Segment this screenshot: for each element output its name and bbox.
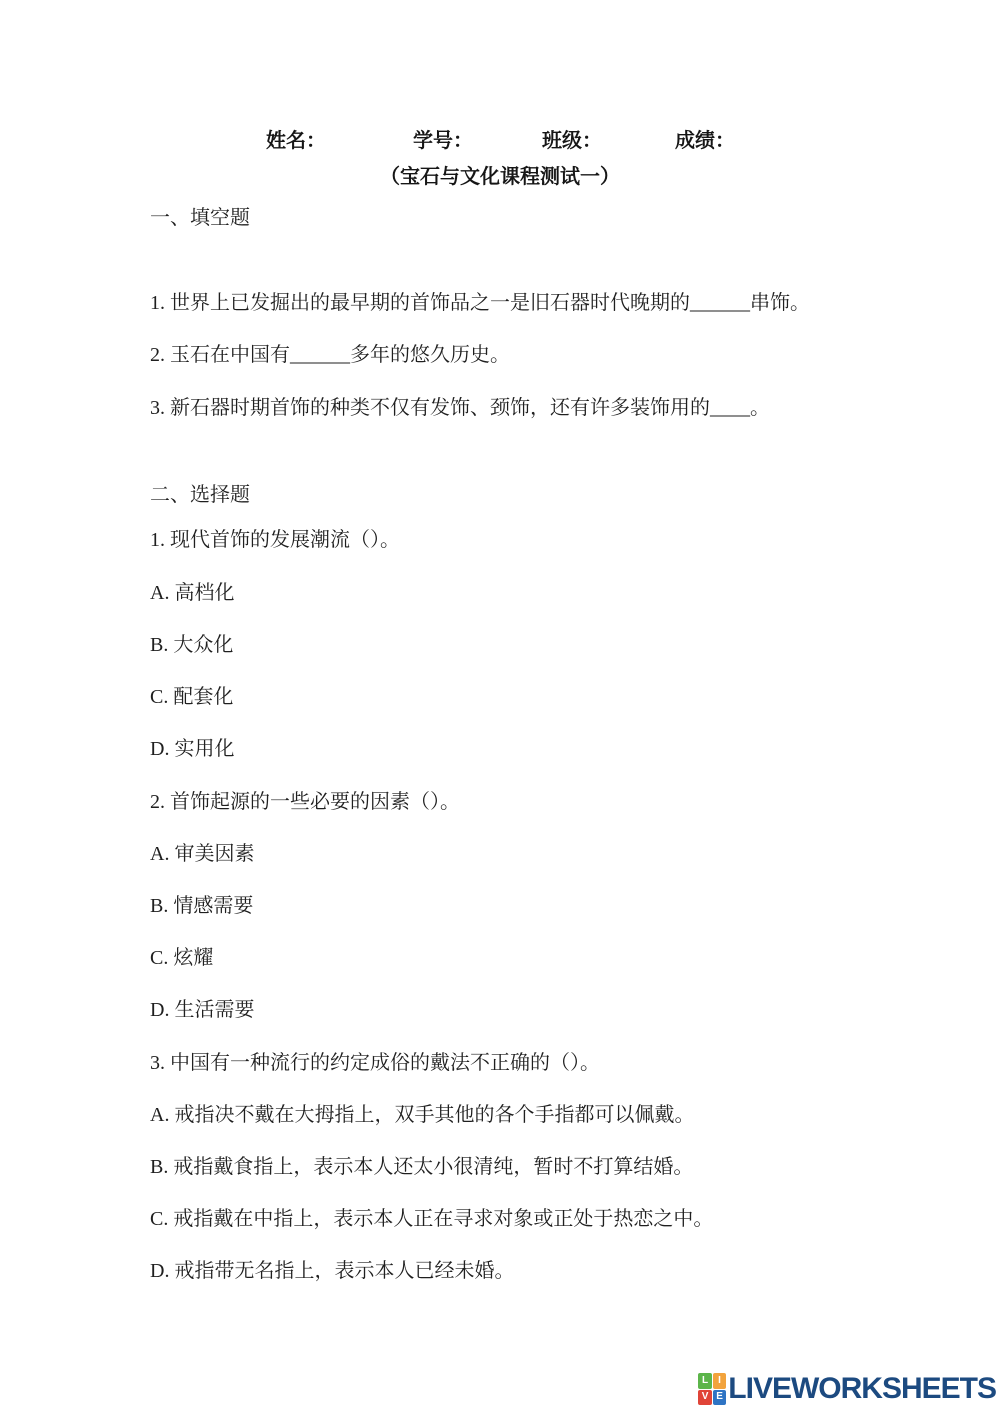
name-label: 姓名： bbox=[266, 126, 326, 156]
fill-question-1[interactable]: 1. 世界上已发掘出的最早期的首饰品之一是旧石器时代晚期的______串饰。 bbox=[150, 288, 850, 318]
choice-question-3-option-a[interactable]: A. 戒指决不戴在大拇指上，双手其他的各个手指都可以佩戴。 bbox=[150, 1100, 850, 1130]
choice-question-2-option-a[interactable]: A. 审美因素 bbox=[150, 839, 850, 869]
choice-question-2-option-c[interactable]: C. 炫耀 bbox=[150, 943, 850, 973]
fill-question-3[interactable]: 3. 新石器时期首饰的种类不仅有发饰、颈饰，还有许多装饰用的____。 bbox=[150, 393, 850, 423]
liveworksheets-wordmark: LIVEWORKSHEETS bbox=[728, 1373, 996, 1405]
e-tile: E bbox=[713, 1390, 727, 1406]
choice-question-2-option-b[interactable]: B. 情感需要 bbox=[150, 891, 850, 921]
fill-question-2[interactable]: 2. 玉石在中国有______多年的悠久历史。 bbox=[150, 340, 850, 370]
worksheet-title: （宝石与文化课程测试一） bbox=[150, 162, 850, 192]
choice-question-1-option-b[interactable]: B. 大众化 bbox=[150, 630, 850, 660]
choice-question-3-option-d[interactable]: D. 戒指带无名指上，表示本人已经未婚。 bbox=[150, 1256, 850, 1286]
section-choice-heading: 二、选择题 bbox=[150, 480, 850, 510]
choice-question-1-option-d[interactable]: D. 实用化 bbox=[150, 734, 850, 764]
choice-question-1-option-c[interactable]: C. 配套化 bbox=[150, 682, 850, 712]
section-fill-heading: 一、填空题 bbox=[150, 203, 850, 233]
v-tile: V bbox=[698, 1390, 712, 1406]
liveworksheets-logo-tiles: LIVE bbox=[698, 1373, 726, 1405]
class-label: 班级： bbox=[542, 126, 602, 156]
choice-question-1: 1. 现代首饰的发展潮流（）。 bbox=[150, 525, 850, 555]
liveworksheets-logo[interactable]: LIVE LIVEWORKSHEETS bbox=[698, 1373, 996, 1405]
student-info-row: 姓名： 学号： 班级： 成绩： bbox=[150, 126, 850, 156]
worksheet-page: 姓名： 学号： 班级： 成绩： （宝石与文化课程测试一） 一、填空题 1. 世界… bbox=[0, 0, 1000, 1413]
choice-question-3-option-b[interactable]: B. 戒指戴食指上，表示本人还太小很清纯，暂时不打算结婚。 bbox=[150, 1152, 850, 1182]
choice-question-3-option-c[interactable]: C. 戒指戴在中指上，表示本人正在寻求对象或正处于热恋之中。 bbox=[150, 1204, 850, 1234]
l-tile: L bbox=[698, 1373, 712, 1389]
student-id-label: 学号： bbox=[413, 126, 473, 156]
choice-question-3: 3. 中国有一种流行的约定成俗的戴法不正确的（）。 bbox=[150, 1048, 850, 1078]
choice-question-1-option-a[interactable]: A. 高档化 bbox=[150, 578, 850, 608]
choice-question-2: 2. 首饰起源的一些必要的因素（）。 bbox=[150, 787, 850, 817]
score-label: 成绩： bbox=[675, 126, 735, 156]
i-tile: I bbox=[713, 1373, 727, 1389]
choice-question-2-option-d[interactable]: D. 生活需要 bbox=[150, 995, 850, 1025]
